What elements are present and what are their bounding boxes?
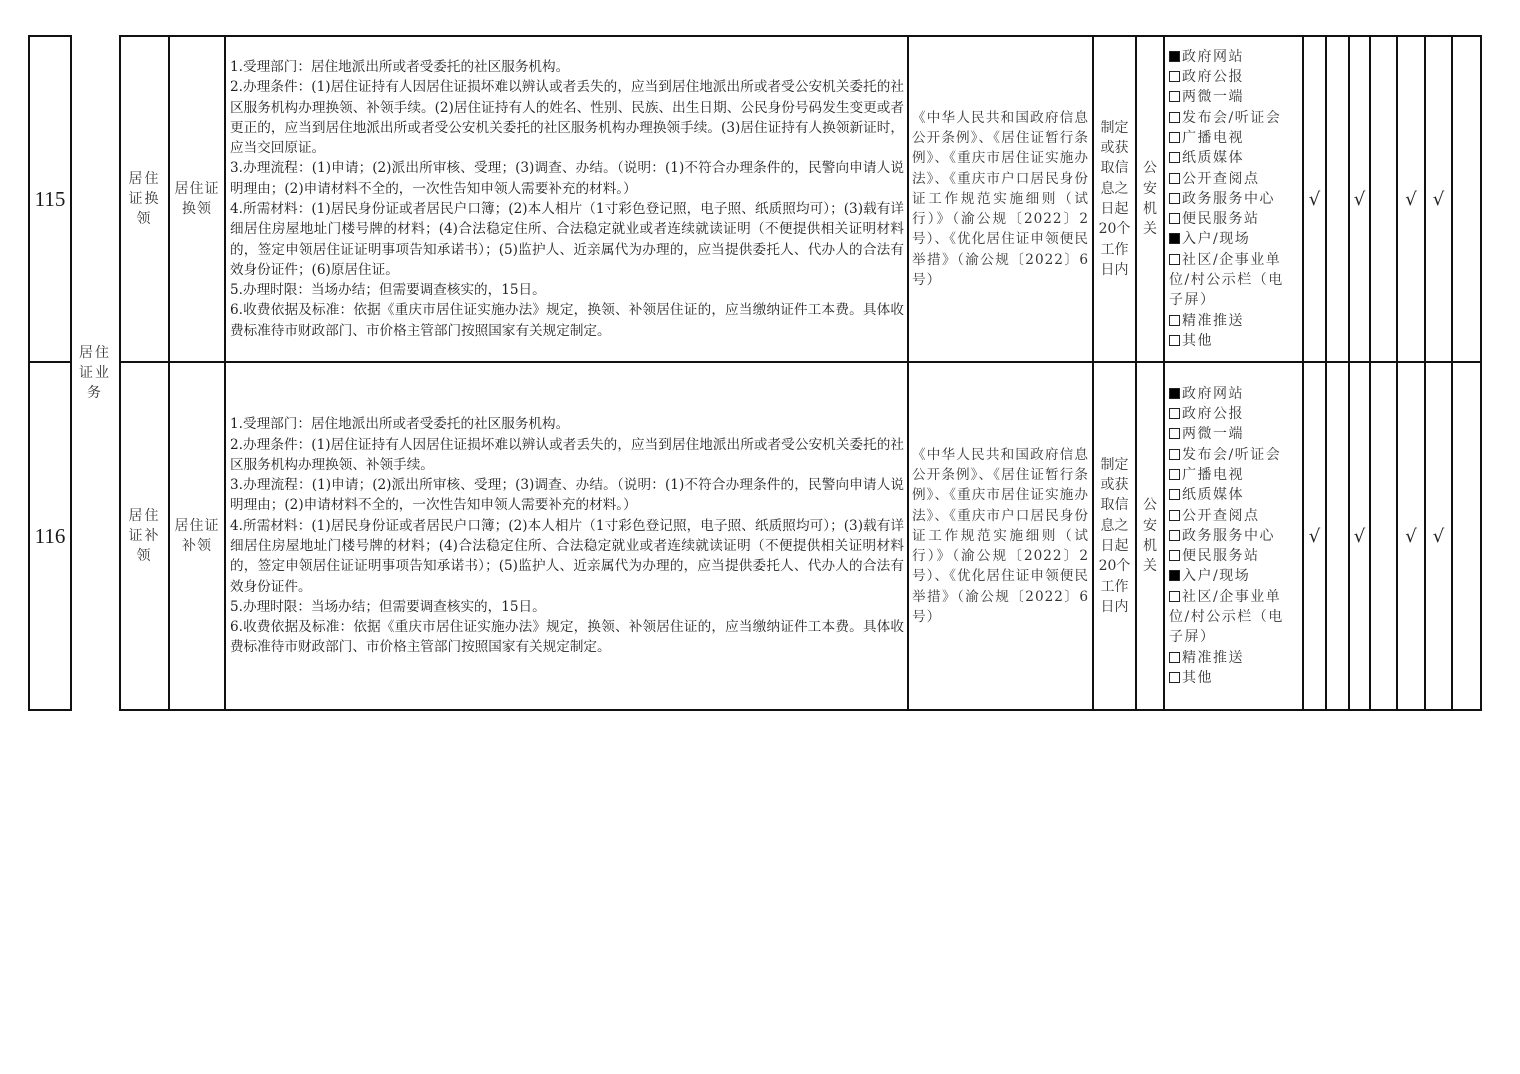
description-line: 5.办理时限：当场办结；但需要调查核实的，15日。 [230, 597, 904, 617]
channel-label: 其他 [1182, 670, 1213, 686]
description-line: 2.办理条件：(1)居住证持有人因居住证损坏难以辨认或者丢失的，应当到居住地派出… [230, 77, 904, 158]
empty-mark-cell [1325, 35, 1350, 363]
checkbox-empty-icon [1169, 672, 1180, 683]
channel-option: 发布会/听证会 [1169, 445, 1297, 465]
basis-cell: 《中华人民共和国政府信息公开条例》、《居住证暂行条例》、《重庆市居住证实施办法》… [907, 361, 1094, 711]
empty-mark-cell [1325, 361, 1350, 711]
checkmark-cell: √ [1396, 35, 1426, 363]
checkmark-cell: √ [1348, 35, 1371, 363]
checkbox-empty-icon [1169, 213, 1180, 224]
channel-label: 政府网站 [1182, 386, 1244, 402]
channel-label: 精准推送 [1182, 313, 1244, 329]
description-line: 1.受理部门：居住地派出所或者受委托的社区服务机构。 [230, 414, 904, 434]
channel-option: 两微一端 [1169, 87, 1297, 107]
category-cell: 居住 证业 务 [71, 35, 119, 711]
checkbox-empty-icon [1169, 315, 1180, 326]
subitem-name: 居住证 补领 [168, 361, 226, 711]
channel-option: 其他 [1169, 668, 1297, 688]
channel-label: 社区/企事业单位/村公示栏（电子屏） [1169, 252, 1284, 309]
channel-label: 公开查阅点 [1182, 508, 1260, 524]
basis-cell: 《中华人民共和国政府信息公开条例》、《居住证暂行条例》、《重庆市居住证实施办法》… [907, 35, 1094, 363]
checkmark-cell: √ [1424, 361, 1453, 711]
checkbox-empty-icon [1169, 112, 1180, 123]
channel-option: 其他 [1169, 331, 1297, 351]
channel-option: 政府网站 [1169, 47, 1297, 67]
channel-option: 广播电视 [1169, 128, 1297, 148]
empty-mark-cell [1369, 35, 1398, 363]
checkbox-empty-icon [1169, 254, 1180, 265]
channel-option: 精准推送 [1169, 311, 1297, 331]
row-number: 116 [28, 361, 72, 711]
channel-option: 便民服务站 [1169, 546, 1297, 566]
channel-label: 社区/企事业单位/村公示栏（电子屏） [1169, 589, 1284, 646]
checkbox-checked-icon [1169, 233, 1180, 244]
channel-label: 发布会/听证会 [1182, 110, 1281, 126]
checkbox-empty-icon [1169, 335, 1180, 346]
checkbox-empty-icon [1169, 449, 1180, 460]
channel-label: 广播电视 [1182, 130, 1244, 146]
checkmark-cell: √ [1302, 35, 1327, 363]
empty-mark-cell [1451, 35, 1482, 363]
channel-list: 政府网站政府公报两微一端发布会/听证会广播电视纸质媒体公开查阅点政务服务中心便民… [1169, 47, 1297, 351]
checkbox-empty-icon [1169, 408, 1180, 419]
checkbox-checked-icon [1169, 570, 1180, 581]
channel-label: 广播电视 [1182, 467, 1244, 483]
time-limit-cell: 制定 或获 取信 息之 日起 20个 工作 日内 [1092, 35, 1137, 363]
checkbox-empty-icon [1169, 193, 1180, 204]
checkbox-empty-icon [1169, 173, 1180, 184]
checkbox-empty-icon [1169, 510, 1180, 521]
channel-label: 入户/现场 [1182, 231, 1250, 247]
subitem-short: 居住 证换 领 [119, 35, 170, 363]
channel-label: 公开查阅点 [1182, 171, 1260, 187]
basis-text: 《中华人民共和国政府信息公开条例》、《居住证暂行条例》、《重庆市居住证实施办法》… [912, 108, 1089, 291]
checkbox-empty-icon [1169, 91, 1180, 102]
channel-option: 政务服务中心 [1169, 189, 1297, 209]
empty-mark-cell [1369, 361, 1398, 711]
channel-option: 政府公报 [1169, 67, 1297, 87]
row-number: 115 [28, 35, 72, 363]
description-line: 2.办理条件：(1)居住证持有人因居住证损坏难以辨认或者丢失的，应当到居住地派出… [230, 435, 904, 476]
time-limit-cell: 制定 或获 取信 息之 日起 20个 工作 日内 [1092, 361, 1137, 711]
channel-label: 精准推送 [1182, 650, 1244, 666]
basis-text: 《中华人民共和国政府信息公开条例》、《居住证暂行条例》、《重庆市居住证实施办法》… [912, 445, 1089, 628]
subitem-name: 居住证 换领 [168, 35, 226, 363]
checkbox-empty-icon [1169, 71, 1180, 82]
channel-label: 政府网站 [1182, 49, 1244, 65]
channels-cell: 政府网站政府公报两微一端发布会/听证会广播电视纸质媒体公开查阅点政务服务中心便民… [1163, 361, 1304, 711]
channel-label: 便民服务站 [1182, 211, 1260, 227]
channel-label: 纸质媒体 [1182, 150, 1244, 166]
description-line: 6.收费依据及标准：依据《重庆市居住证实施办法》规定，换领、补领居住证的，应当缴… [230, 300, 904, 341]
channel-option: 社区/企事业单位/村公示栏（电子屏） [1169, 587, 1297, 648]
description-cell: 1.受理部门：居住地派出所或者受委托的社区服务机构。 2.办理条件：(1)居住证… [224, 361, 909, 711]
description-line: 3.办理流程：(1)申请；(2)派出所审核、受理；(3)调查、办结。（说明：(1… [230, 158, 904, 199]
checkbox-empty-icon [1169, 469, 1180, 480]
channel-label: 其他 [1182, 333, 1213, 349]
channel-option: 政府公报 [1169, 404, 1297, 424]
channel-option: 公开查阅点 [1169, 169, 1297, 189]
description-line: 3.办理流程：(1)申请；(2)派出所审核、受理；(3)调查、办结。（说明：(1… [230, 475, 904, 516]
description-cell: 1.受理部门：居住地派出所或者受委托的社区服务机构。 2.办理条件：(1)居住证… [224, 35, 909, 363]
checkmark-cell: √ [1348, 361, 1371, 711]
checkbox-empty-icon [1169, 591, 1180, 602]
checkbox-checked-icon [1169, 51, 1180, 62]
channel-option: 入户/现场 [1169, 566, 1297, 586]
channels-cell: 政府网站政府公报两微一端发布会/听证会广播电视纸质媒体公开查阅点政务服务中心便民… [1163, 35, 1304, 363]
channel-label: 两微一端 [1182, 89, 1244, 105]
organization-cell: 公 安 机 关 [1135, 361, 1165, 711]
checkbox-empty-icon [1169, 530, 1180, 541]
channel-label: 纸质媒体 [1182, 487, 1244, 503]
channel-option: 公开查阅点 [1169, 506, 1297, 526]
channel-option: 两微一端 [1169, 424, 1297, 444]
channel-label: 发布会/听证会 [1182, 447, 1281, 463]
checkmark-cell: √ [1424, 35, 1453, 363]
description-line: 5.办理时限：当场办结；但需要调查核实的，15日。 [230, 280, 904, 300]
empty-mark-cell [1451, 361, 1482, 711]
description-line: 6.收费依据及标准：依据《重庆市居住证实施办法》规定，换领、补领居住证的，应当缴… [230, 617, 904, 658]
channel-label: 政务服务中心 [1182, 191, 1275, 207]
channel-option: 广播电视 [1169, 465, 1297, 485]
checkbox-empty-icon [1169, 152, 1180, 163]
channel-label: 两微一端 [1182, 426, 1244, 442]
channel-option: 纸质媒体 [1169, 485, 1297, 505]
channel-option: 政府网站 [1169, 384, 1297, 404]
channel-label: 政府公报 [1182, 406, 1244, 422]
description-line: 4.所需材料：(1)居民身份证或者居民户口簿；(2)本人相片（1寸彩色登记照，电… [230, 199, 904, 280]
checkbox-empty-icon [1169, 428, 1180, 439]
description-line: 1.受理部门：居住地派出所或者受委托的社区服务机构。 [230, 57, 904, 77]
document-page: 居住 证业 务 115 居住 证换 领 居住证 换领 1.受理部门：居住地派出所… [0, 0, 1520, 1074]
channel-option: 入户/现场 [1169, 229, 1297, 249]
channel-label: 政府公报 [1182, 69, 1244, 85]
checkmark-cell: √ [1302, 361, 1327, 711]
channel-option: 发布会/听证会 [1169, 108, 1297, 128]
channel-label: 入户/现场 [1182, 568, 1250, 584]
checkbox-empty-icon [1169, 550, 1180, 561]
channel-label: 政务服务中心 [1182, 528, 1275, 544]
channel-option: 纸质媒体 [1169, 148, 1297, 168]
subitem-short: 居住 证补 领 [119, 361, 170, 711]
channel-option: 便民服务站 [1169, 209, 1297, 229]
checkbox-checked-icon [1169, 388, 1180, 399]
channel-option: 社区/企事业单位/村公示栏（电子屏） [1169, 250, 1297, 311]
channel-option: 政务服务中心 [1169, 526, 1297, 546]
channel-label: 便民服务站 [1182, 548, 1260, 564]
checkmark-cell: √ [1396, 361, 1426, 711]
organization-cell: 公 安 机 关 [1135, 35, 1165, 363]
description-line: 4.所需材料：(1)居民身份证或者居民户口簿；(2)本人相片（1寸彩色登记照，电… [230, 516, 904, 597]
checkbox-empty-icon [1169, 652, 1180, 663]
channel-option: 精准推送 [1169, 648, 1297, 668]
checkbox-empty-icon [1169, 489, 1180, 500]
channel-list: 政府网站政府公报两微一端发布会/听证会广播电视纸质媒体公开查阅点政务服务中心便民… [1169, 384, 1297, 688]
checkbox-empty-icon [1169, 132, 1180, 143]
